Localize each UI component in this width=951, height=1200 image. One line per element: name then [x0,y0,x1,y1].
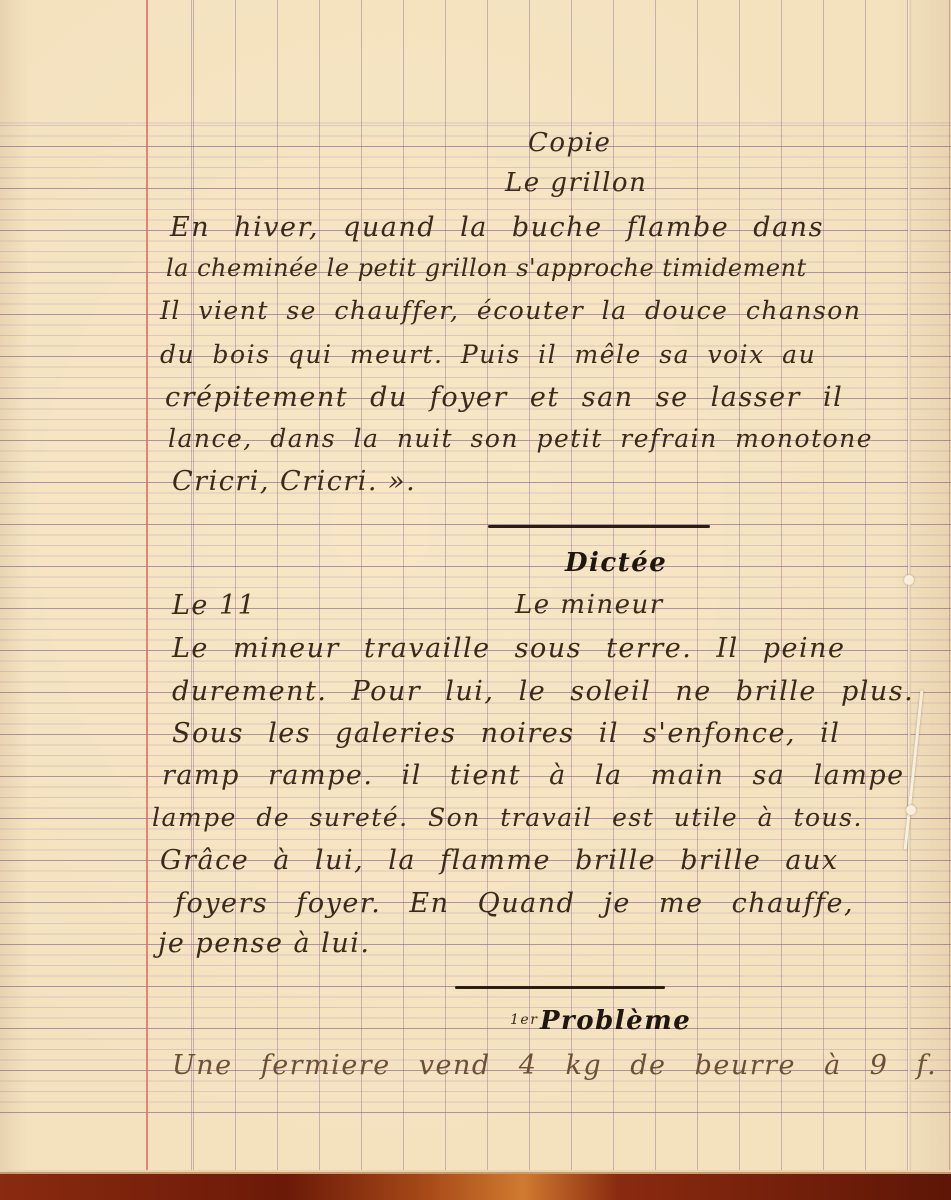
notebook-page: Copie Le grillon En hiver, quand la buch… [0,0,951,1170]
text-line: ramp rampe. il tient à la main sa lampe [162,760,905,791]
section-title: Le grillon [505,168,647,198]
section-heading: Problème [540,1006,691,1036]
section-divider [488,525,710,528]
binding-knot [906,805,916,815]
page-fold [908,0,911,1170]
margin-line [146,0,148,1170]
text-line: je pense à lui. [158,928,370,959]
binding-knot [904,575,914,585]
section-title: Le mineur [515,590,664,620]
text-line: En hiver, quand la buche flambe dans [170,212,824,243]
date-label: Le 11 [172,590,256,621]
text-line: foyers foyer. En Quand je me chauffe, [175,888,854,919]
ordinal-label: 1er [510,1012,538,1028]
text-line: Sous les galeries noires il s'enfonce, i… [172,718,840,749]
text-line: lance, dans la nuit son petit refrain mo… [168,424,873,453]
section-heading: Dictée [565,548,667,578]
text-line: Il vient se chauffer, écouter la douce c… [160,296,861,325]
text-line: du bois qui meurt. Puis il mêle sa voix … [160,340,816,369]
text-line: Cricri, Cricri. ». [172,466,416,497]
text-line: durement. Pour lui, le soleil ne brille … [172,676,914,707]
background-surface [0,1170,951,1200]
section-heading: Copie [528,128,611,158]
text-line: crépitement du foyer et san se lasser il [165,382,843,413]
text-line: la cheminée le petit grillon s'approche … [166,254,807,282]
text-line: lampe de sureté. Son travail est utile à… [152,803,863,832]
section-divider [455,986,665,989]
text-line: Une fermiere vend 4 kg de beurre à 9 f. [172,1050,937,1081]
text-line: Le mineur travaille sous terre. Il peine [172,633,846,664]
text-line: Grâce à lui, la flamme brille brille aux [160,845,839,876]
